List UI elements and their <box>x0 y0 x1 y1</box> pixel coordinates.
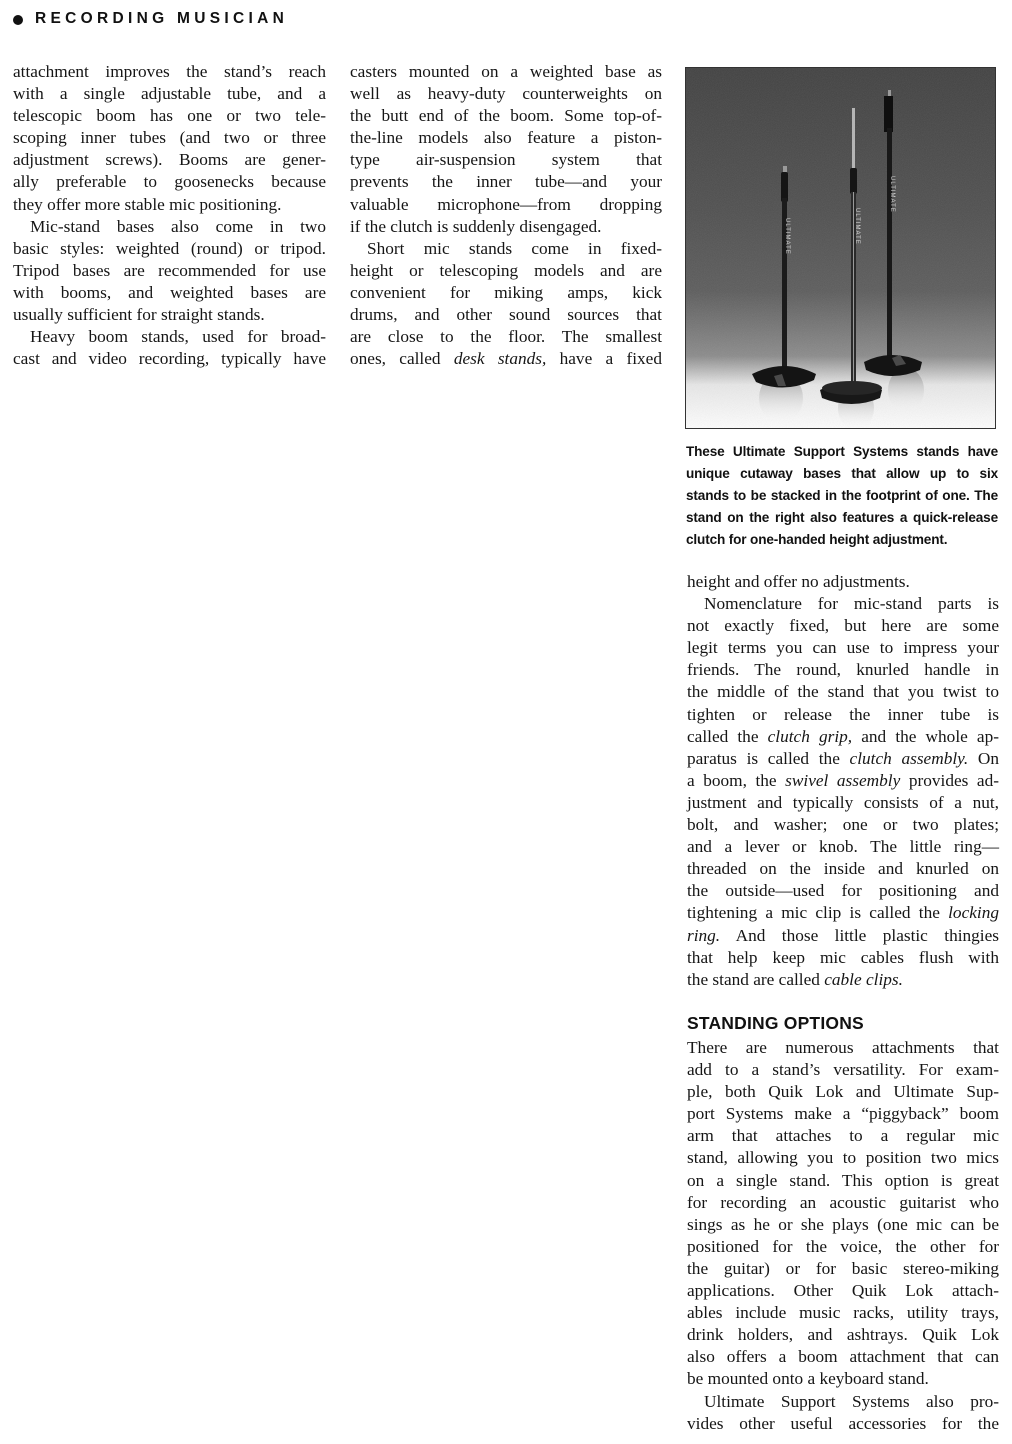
text-line: positioned for the voice, the other for <box>687 1236 999 1258</box>
svg-text:ULTIMATE: ULTIMATE <box>854 208 860 245</box>
text-run: have a fixed <box>546 349 662 368</box>
caption-line: These Ultimate Support Systems stands ha… <box>686 441 998 463</box>
text-line: friends. The round, knurled handle in <box>687 659 999 681</box>
figure-photo: ULTIMATE ULTIMATE ULTIMATE <box>685 67 996 429</box>
text-line: sings as he or she plays (one mic can be <box>687 1214 999 1236</box>
paragraph-start: Ultimate Support Systems also pro- <box>687 1391 999 1413</box>
paragraph-start: Heavy boom stands, used for broad- <box>13 326 326 348</box>
text-run: And those little plastic thingies <box>720 926 999 945</box>
text-line: for recording an acoustic guitarist who <box>687 1192 999 1214</box>
italic-term: desk stands, <box>454 349 547 368</box>
text-line: attachment improves the stand’s reach <box>13 61 326 83</box>
text-run: the stand are called <box>687 970 824 989</box>
text-line: basic styles: weighted (round) or tripod… <box>13 238 326 260</box>
text-line: arm that attaches to a regular mic <box>687 1125 999 1147</box>
text-run: tightening a mic clip is called the <box>687 903 948 922</box>
text-line: justment and typically consists of a nut… <box>687 792 999 814</box>
text-line: tightening a mic clip is called the lock… <box>687 902 999 924</box>
text-line: not exactly fixed, but here are some <box>687 615 999 637</box>
text-line: on a single stand. This option is great <box>687 1170 999 1192</box>
caption-line: clutch for one-handed height adjustment. <box>686 529 998 551</box>
text-line: vides other useful accessories for the <box>687 1413 999 1435</box>
text-run: a boom, the <box>687 771 785 790</box>
svg-text:ULTIMATE: ULTIMATE <box>784 218 790 255</box>
text-line: legit terms you can use to impress your <box>687 637 999 659</box>
text-run: provides ad- <box>900 771 999 790</box>
svg-text:ULTIMATE: ULTIMATE <box>889 176 895 213</box>
text-line: the outside—used for positioning and <box>687 880 999 902</box>
text-line: Tripod bases are recommended for use <box>13 260 326 282</box>
text-line: valuable microphone—from dropping <box>350 194 662 216</box>
text-line: ables include music racks, utility trays… <box>687 1302 999 1324</box>
text-line: ones, called desk stands, have a fixed <box>350 348 662 370</box>
section-heading: STANDING OPTIONS <box>687 1013 864 1034</box>
text-line: scoping inner tubes (and two or three <box>13 127 326 149</box>
running-head: RECORDING MUSICIAN <box>13 10 288 28</box>
text-line: with a single adjustable tube, and a <box>13 83 326 105</box>
text-line: if the clutch is suddenly disengaged. <box>350 216 662 238</box>
text-line: the guitar) or for basic stereo-miking <box>687 1258 999 1280</box>
text-line: be mounted onto a keyboard stand. <box>687 1368 999 1390</box>
caption-line: stand on the right also features a quick… <box>686 507 998 529</box>
caption-line: stands to be stacked in the footprint of… <box>686 485 998 507</box>
italic-term: cable clips. <box>824 970 903 989</box>
bullet-icon <box>13 15 23 25</box>
column-3: height and offer no adjustments. Nomencl… <box>687 571 999 991</box>
text-run: and the whole ap- <box>852 727 999 746</box>
text-line: port Systems make a “piggyback” boom <box>687 1103 999 1125</box>
text-line: the middle of the stand that you twist t… <box>687 681 999 703</box>
text-run: paratus is called the <box>687 749 850 768</box>
section-body: There are numerous attachments that add … <box>687 1037 999 1435</box>
text-line: adjustment screws). Booms are gener- <box>13 149 326 171</box>
text-line: called the clutch grip, and the whole ap… <box>687 726 999 748</box>
text-run: called the <box>687 727 768 746</box>
text-line: threaded on the inside and knurled on <box>687 858 999 880</box>
text-line: drums, and other sound sources that <box>350 304 662 326</box>
text-line: also offers a boom attachment that can <box>687 1346 999 1368</box>
italic-term: clutch assembly. <box>850 749 969 768</box>
text-run: ones, called <box>350 349 454 368</box>
column-2: casters mounted on a weighted base as we… <box>350 61 662 370</box>
italic-term: locking <box>948 903 999 922</box>
text-line: stand, allowing you to position two mics <box>687 1147 999 1169</box>
text-line: paratus is called the clutch assembly. O… <box>687 748 999 770</box>
text-line: with booms, and weighted bases are <box>13 282 326 304</box>
italic-term: swivel assembly <box>785 771 900 790</box>
text-line: tighten or release the inner tube is <box>687 704 999 726</box>
text-line: bolt, and washer; one or two plates; <box>687 814 999 836</box>
text-line: are close to the floor. The smallest <box>350 326 662 348</box>
text-line: and a lever or knob. The little ring— <box>687 836 999 858</box>
text-line: convenient for miking amps, kick <box>350 282 662 304</box>
column-1: attachment improves the stand’s reach wi… <box>13 61 326 370</box>
text-line: add to a stand’s versatility. For exam- <box>687 1059 999 1081</box>
text-line: they offer more stable mic positioning. <box>13 194 326 216</box>
text-line: There are numerous attachments that <box>687 1037 999 1059</box>
text-line: casters mounted on a weighted base as <box>350 61 662 83</box>
text-line: prevents the inner tube—and your <box>350 171 662 193</box>
text-line: the-line models also feature a piston- <box>350 127 662 149</box>
text-line: ally preferable to goosenecks because <box>13 171 326 193</box>
italic-term: clutch grip, <box>768 727 852 746</box>
text-line: type air-suspension system that <box>350 149 662 171</box>
text-line: a boom, the swivel assembly provides ad- <box>687 770 999 792</box>
text-line: the stand are called cable clips. <box>687 969 999 991</box>
text-line: height or telescoping models and are <box>350 260 662 282</box>
text-line: ple, both Quik Lok and Ultimate Sup- <box>687 1081 999 1103</box>
text-run: On <box>968 749 999 768</box>
mic-stands-illustration: ULTIMATE ULTIMATE ULTIMATE <box>686 68 996 429</box>
caption-line: unique cutaway bases that allow up to si… <box>686 463 998 485</box>
text-line: well as heavy-duty counterweights on <box>350 83 662 105</box>
text-line: applications. Other Quik Lok attach- <box>687 1280 999 1302</box>
figure-caption: These Ultimate Support Systems stands ha… <box>686 441 998 551</box>
text-line: drink holders, and ashtrays. Quik Lok <box>687 1324 999 1346</box>
text-line: usually sufficient for straight stands. <box>13 304 326 326</box>
text-line: the butt end of the boom. Some top-of- <box>350 105 662 127</box>
text-line: cast and video recording, typically have <box>13 348 326 370</box>
text-line: telescopic boom has one or two tele- <box>13 105 326 127</box>
text-line: that help keep mic cables flush with <box>687 947 999 969</box>
text-line: ring. And those little plastic thingies <box>687 925 999 947</box>
running-head-title: RECORDING MUSICIAN <box>35 10 288 28</box>
text-line: height and offer no adjustments. <box>687 571 999 593</box>
paragraph-start: Short mic stands come in fixed- <box>350 238 662 260</box>
italic-term: ring. <box>687 926 720 945</box>
paragraph-start: Nomenclature for mic-stand parts is <box>687 593 999 615</box>
paragraph-start: Mic-stand bases also come in two <box>13 216 326 238</box>
